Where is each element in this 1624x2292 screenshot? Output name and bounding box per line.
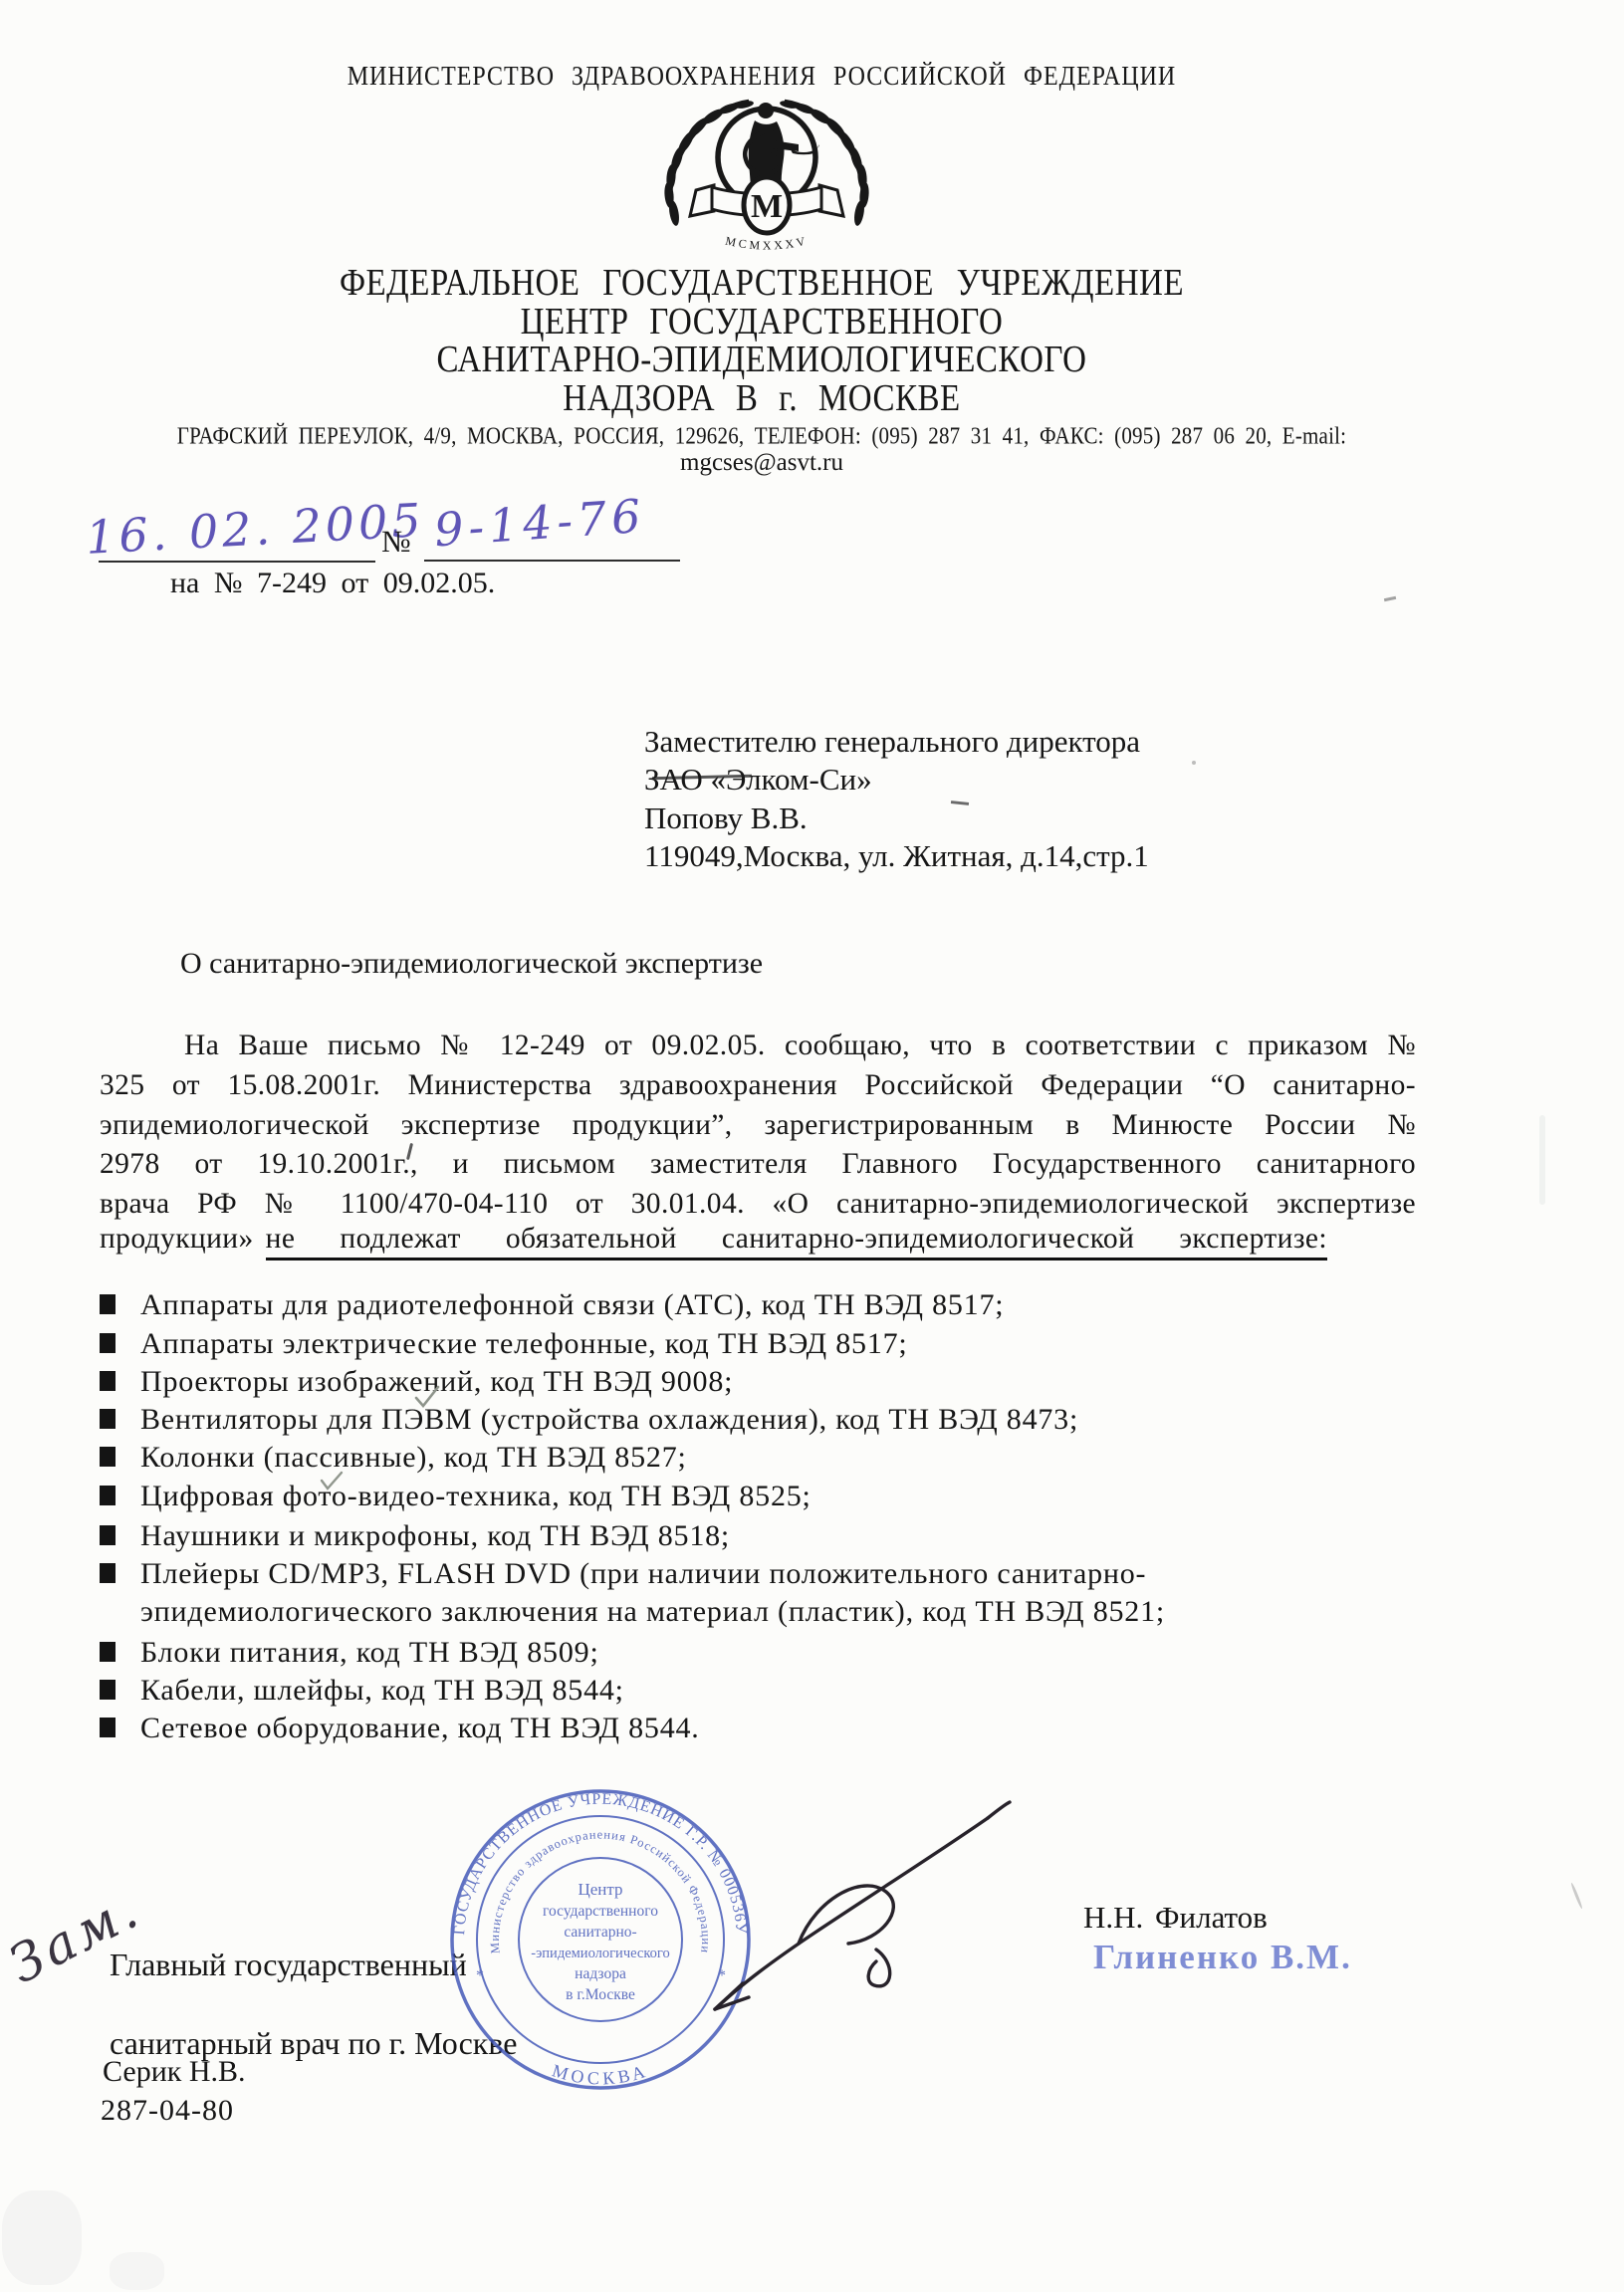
list-item: Колонки (пассивные), код ТН ВЭД 8527;	[100, 1439, 687, 1477]
edge-crease-mark	[1539, 1115, 1545, 1205]
body-line: 325 от 15.08.2001г. Министерства здравоо…	[100, 1065, 1416, 1105]
scan-smudge	[2, 2190, 82, 2285]
svg-text:в г.Москве: в г.Москве	[566, 1986, 635, 2003]
bullet-square-icon	[100, 1294, 116, 1314]
bullet-square-icon	[100, 1333, 116, 1353]
bullet-square-icon	[100, 1371, 116, 1391]
svg-text:-эпидемиологического: -эпидемиологического	[531, 1946, 670, 1961]
list-item: Аппараты электрические телефонные, код Т…	[100, 1325, 908, 1363]
emblem-year: MCMXXXV	[724, 234, 809, 253]
recipient-line: Заместителю генерального директора	[644, 723, 1262, 762]
list-item: Цифровая фото-видео-техника, код ТН ВЭД …	[100, 1478, 812, 1515]
recipient-line: ЗАО «Элком-Си»	[644, 761, 1262, 800]
subject-line: О санитарно-эпидемиологической экспертиз…	[180, 947, 763, 981]
list-item: Плейеры CD/MP3, FLASH DVD (при наличии п…	[100, 1555, 1304, 1631]
org-name-line-1: ФЕДЕРАЛЬНОЕ ГОСУДАРСТВЕННОЕ УЧРЕЖДЕНИЕ	[129, 263, 1394, 305]
bullet-square-icon	[100, 1525, 116, 1545]
number-rule-line	[424, 560, 680, 562]
list-item: Сетевое оборудование, код ТН ВЭД 8544.	[100, 1710, 700, 1747]
bullet-square-icon	[100, 1680, 116, 1700]
svg-text:санитарно-: санитарно-	[564, 1924, 636, 1941]
stamped-name: Глиненко В.М.	[1093, 1938, 1352, 1977]
list-item: Блоки питания, код ТН ВЭД 8509;	[100, 1634, 599, 1672]
signature-ink	[687, 1772, 1045, 2041]
body-line6-underlined: не подлежат обязательной санитарно-эпиде…	[266, 1223, 1327, 1261]
stamp-center-text: Центр государственного санитарно- -эпиде…	[531, 1880, 670, 2003]
body-line: эпидемиологической экспертизе продукции”…	[100, 1105, 1416, 1145]
list-item: Вентиляторы для ПЭВМ (устройства охлажде…	[100, 1401, 1078, 1439]
svg-text:государственного: государственного	[543, 1903, 658, 1920]
org-name-line-3: САНИТАРНО-ЭПИДЕМИОЛОГИЧЕСКОГО	[129, 340, 1394, 381]
speck-dash-mark	[1384, 596, 1396, 601]
executor-phone: 287-04-80	[101, 2094, 234, 2128]
body-line-underlined: продукции» не подлежат обязательной сани…	[100, 1223, 1327, 1261]
svg-text:MCMXXXV: MCMXXXV	[724, 234, 809, 253]
body-line6-plain: продукции»	[100, 1223, 254, 1261]
body-line: 2978 от 19.10.2001г., и письмом заместит…	[100, 1144, 1416, 1184]
bullet-square-icon	[100, 1563, 116, 1583]
scan-smudge	[110, 2252, 164, 2290]
handwritten-number: 9-14-76	[432, 489, 647, 558]
bullet-square-icon	[100, 1409, 116, 1429]
body-line: врача РФ № 1100/470-04-110 от 30.01.04. …	[100, 1184, 1416, 1224]
ministry-emblem-icon: M MCMXXXV	[652, 96, 881, 261]
bullet-square-icon	[100, 1486, 116, 1505]
reply-reference-line: на № 7-249 от 09.02.05.	[170, 567, 495, 600]
date-rule-line	[99, 561, 375, 563]
address-line: ГРАФСКИЙ ПЕРЕУЛОК, 4/9, МОСКВА, РОССИЯ, …	[129, 422, 1394, 451]
scanned-letter-page: МИНИСТЕРСТВО ЗДРАВООХРАНЕНИЯ РОССИЙСКОЙ …	[0, 0, 1624, 2292]
bullet-square-icon	[100, 1447, 116, 1467]
executor-name: Серик Н.В.	[103, 2055, 246, 2089]
number-sign: №	[381, 524, 411, 560]
org-name-line-2: ЦЕНТР ГОСУДАРСТВЕННОГО	[129, 302, 1394, 344]
list-item: Наушники и микрофоны, код ТН ВЭД 8518;	[100, 1517, 730, 1555]
signer-title-line: Главный государственный	[110, 1947, 467, 1983]
email-address: mgcses@asvt.ru	[129, 449, 1394, 477]
bullet-square-icon	[100, 1718, 116, 1737]
bullet-square-icon	[100, 1642, 116, 1662]
svg-text:надзора: надзора	[575, 1965, 626, 1982]
gray-squiggle-mark	[1570, 1882, 1583, 1909]
emblem-monogram: M	[751, 188, 783, 225]
handwritten-date: 16. 02. 2005	[85, 493, 426, 565]
body-line: На Ваше письмо № 12-249 от 09.02.05. соо…	[184, 1026, 1416, 1065]
recipient-line: 119049,Москва, ул. Житная, д.14,стр.1	[644, 837, 1262, 876]
list-item: Аппараты для радиотелефонной связи (АТС)…	[100, 1286, 1004, 1324]
recipient-line: Попову В.В.	[644, 800, 1262, 838]
signer-name: Н.Н. Филатов	[1083, 1900, 1268, 1936]
list-item: Кабели, шлейфы, код ТН ВЭД 8544;	[100, 1672, 624, 1710]
list-item: Проекторы изображений, код ТН ВЭД 9008;	[100, 1363, 733, 1401]
svg-text:Центр: Центр	[578, 1880, 622, 1899]
ministry-line: МИНИСТЕРСТВО ЗДРАВООХРАНЕНИЯ РОССИЙСКОЙ …	[129, 62, 1394, 93]
org-name-line-4: НАДЗОРА В г. МОСКВЕ	[129, 378, 1394, 420]
stamp-star-left: *	[476, 1967, 484, 1984]
